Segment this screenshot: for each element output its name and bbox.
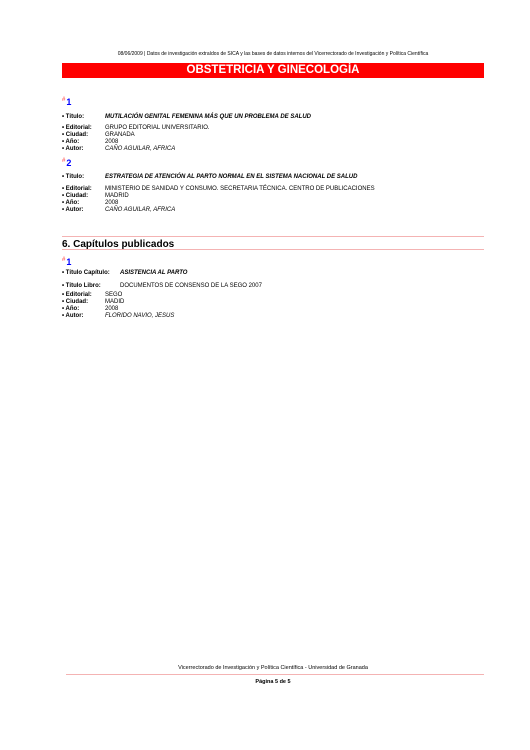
field-value: DOCUMENTOS DE CONSENSO DE LA SEGO 2007: [120, 283, 262, 290]
hash-icon: #: [62, 257, 65, 263]
entry-number-value: 1: [66, 257, 71, 267]
field-value: CAÑO AGUILAR, AFRICA: [105, 146, 175, 153]
field-value: SEGO: [105, 292, 122, 299]
field-value: 2008: [105, 200, 118, 207]
field-label: • Título:: [62, 174, 84, 181]
document-page: 08/06/2009 | Datos de investigación extr…: [0, 0, 530, 750]
entry-number: #1: [62, 97, 71, 107]
field-value: ASISTENCIA AL PARTO: [120, 270, 187, 277]
field-value: MINISTERIO DE SANIDAD Y CONSUMO. SECRETA…: [105, 186, 375, 193]
hash-icon: #: [62, 97, 65, 103]
field-value: 2008: [105, 306, 118, 313]
field-label: • Ciudad:: [62, 299, 88, 306]
section-divider-top: [62, 236, 484, 237]
field-value: MUTILACIÓN GENITAL FEMENINA MÁS QUE UN P…: [105, 114, 311, 121]
field-label: • Editorial:: [62, 125, 92, 132]
field-value: ESTRATEGIA DE ATENCIÓN AL PARTO NORMAL E…: [105, 174, 357, 181]
field-value: MADID: [105, 299, 124, 306]
entry-number-value: 1: [66, 97, 71, 107]
entry-number: #2: [62, 158, 71, 168]
field-label: • Año:: [62, 306, 79, 313]
field-label: • Autor:: [62, 207, 84, 214]
section-divider-bottom: [62, 249, 484, 250]
field-value: MADRID: [105, 193, 129, 200]
field-value: CAÑO AGUILAR, AFRICA: [105, 207, 175, 214]
page-number: Página 5 de 5: [62, 679, 484, 685]
field-label: • Título Capítulo:: [62, 270, 110, 277]
field-label: • Autor:: [62, 146, 84, 153]
section-title-bar: OBSTETRICIA Y GINECOLOGÍA: [62, 63, 484, 78]
footer-divider: [66, 674, 484, 675]
field-value: FLORIDO NAVIO, JESUS: [105, 313, 174, 320]
field-value: GRANADA: [105, 132, 135, 139]
page-header-text: 08/06/2009 | Datos de investigación extr…: [62, 51, 484, 57]
field-label: • Ciudad:: [62, 193, 88, 200]
field-label: • Año:: [62, 139, 79, 146]
field-value: 2008: [105, 139, 118, 146]
field-label: • Autor:: [62, 313, 84, 320]
field-label: • Editorial:: [62, 186, 92, 193]
footer-text: Vicerrectorado de Investigación y Políti…: [62, 665, 484, 671]
field-label: • Ciudad:: [62, 132, 88, 139]
field-label: • Editorial:: [62, 292, 92, 299]
entry-number-value: 2: [66, 158, 71, 168]
field-label: • Año:: [62, 200, 79, 207]
field-label: • Título:: [62, 114, 84, 121]
field-value: GRUPO EDITORIAL UNIVERSITARIO.: [105, 125, 210, 132]
field-label: • Título Libro:: [62, 283, 101, 290]
hash-icon: #: [62, 158, 65, 164]
entry-number: #1: [62, 257, 71, 267]
